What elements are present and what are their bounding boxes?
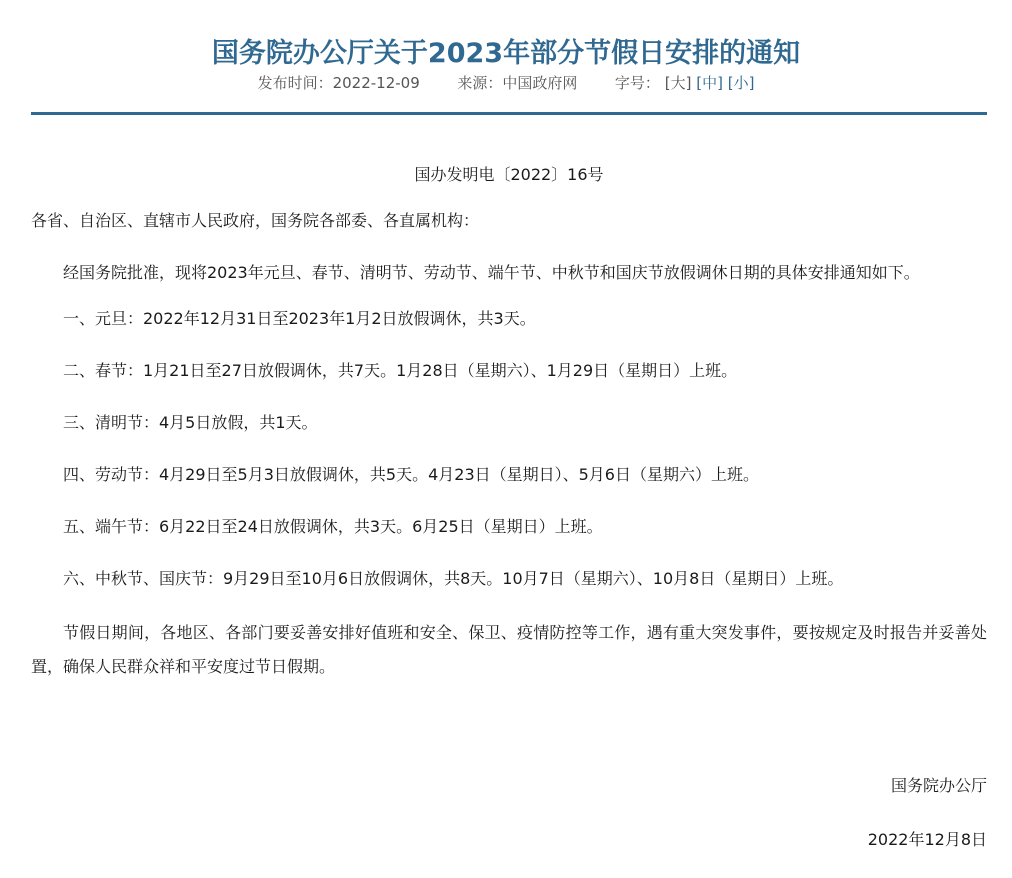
- closing-paragraph: 节假日期间，各地区、各部门要妥善安排好值班和安全、保卫、疫情防控等工作，遇有重大…: [31, 616, 987, 684]
- document-number: 国办发明电〔2022〕16号: [31, 160, 987, 190]
- signature-organization: 国务院办公厅: [891, 773, 987, 796]
- font-size-large-button[interactable]: [大]: [665, 74, 692, 92]
- addressee: 各省、自治区、直辖市人民政府，国务院各部委、各直属机构：: [31, 204, 987, 238]
- holiday-item-labor-day: 四、劳动节：4月29日至5月3日放假调休，共5天。4月23日（星期日）、5月6日…: [31, 460, 987, 490]
- page-title: 国务院办公厅关于2023年部分节假日安排的通知: [0, 36, 1012, 72]
- intro-paragraph: 经国务院批准，现将2023年元旦、春节、清明节、劳动节、端午节、中秋节和国庆节放…: [31, 256, 987, 290]
- article-meta: 发布时间：2022-12-09 来源：中国政府网 字号： [大] [中] [小]: [0, 72, 1012, 94]
- header-divider: [31, 112, 987, 115]
- source-label: 来源：: [457, 74, 502, 92]
- publish-label: 发布时间：: [258, 74, 333, 92]
- publish-date: 2022-12-09: [333, 74, 420, 92]
- holiday-item-new-year: 一、元旦：2022年12月31日至2023年1月2日放假调休，共3天。: [31, 304, 987, 334]
- font-size-medium-button[interactable]: [中]: [696, 74, 723, 92]
- font-size-label: 字号：: [615, 74, 660, 92]
- document-body: 国办发明电〔2022〕16号 各省、自治区、直辖市人民政府，国务院各部委、各直属…: [31, 160, 987, 698]
- holiday-item-spring-festival: 二、春节：1月21日至27日放假调休，共7天。1月28日（星期六）、1月29日（…: [31, 356, 987, 386]
- font-size-small-button[interactable]: [小]: [728, 74, 755, 92]
- holiday-item-qingming: 三、清明节：4月5日放假，共1天。: [31, 408, 987, 438]
- holiday-item-dragon-boat: 五、端午节：6月22日至24日放假调休，共3天。6月25日（星期日）上班。: [31, 512, 987, 542]
- holiday-item-mid-autumn-national: 六、中秋节、国庆节：9月29日至10月6日放假调休，共8天。10月7日（星期六）…: [31, 564, 987, 594]
- signature-date: 2022年12月8日: [868, 827, 987, 850]
- source-name: 中国政府网: [502, 74, 577, 92]
